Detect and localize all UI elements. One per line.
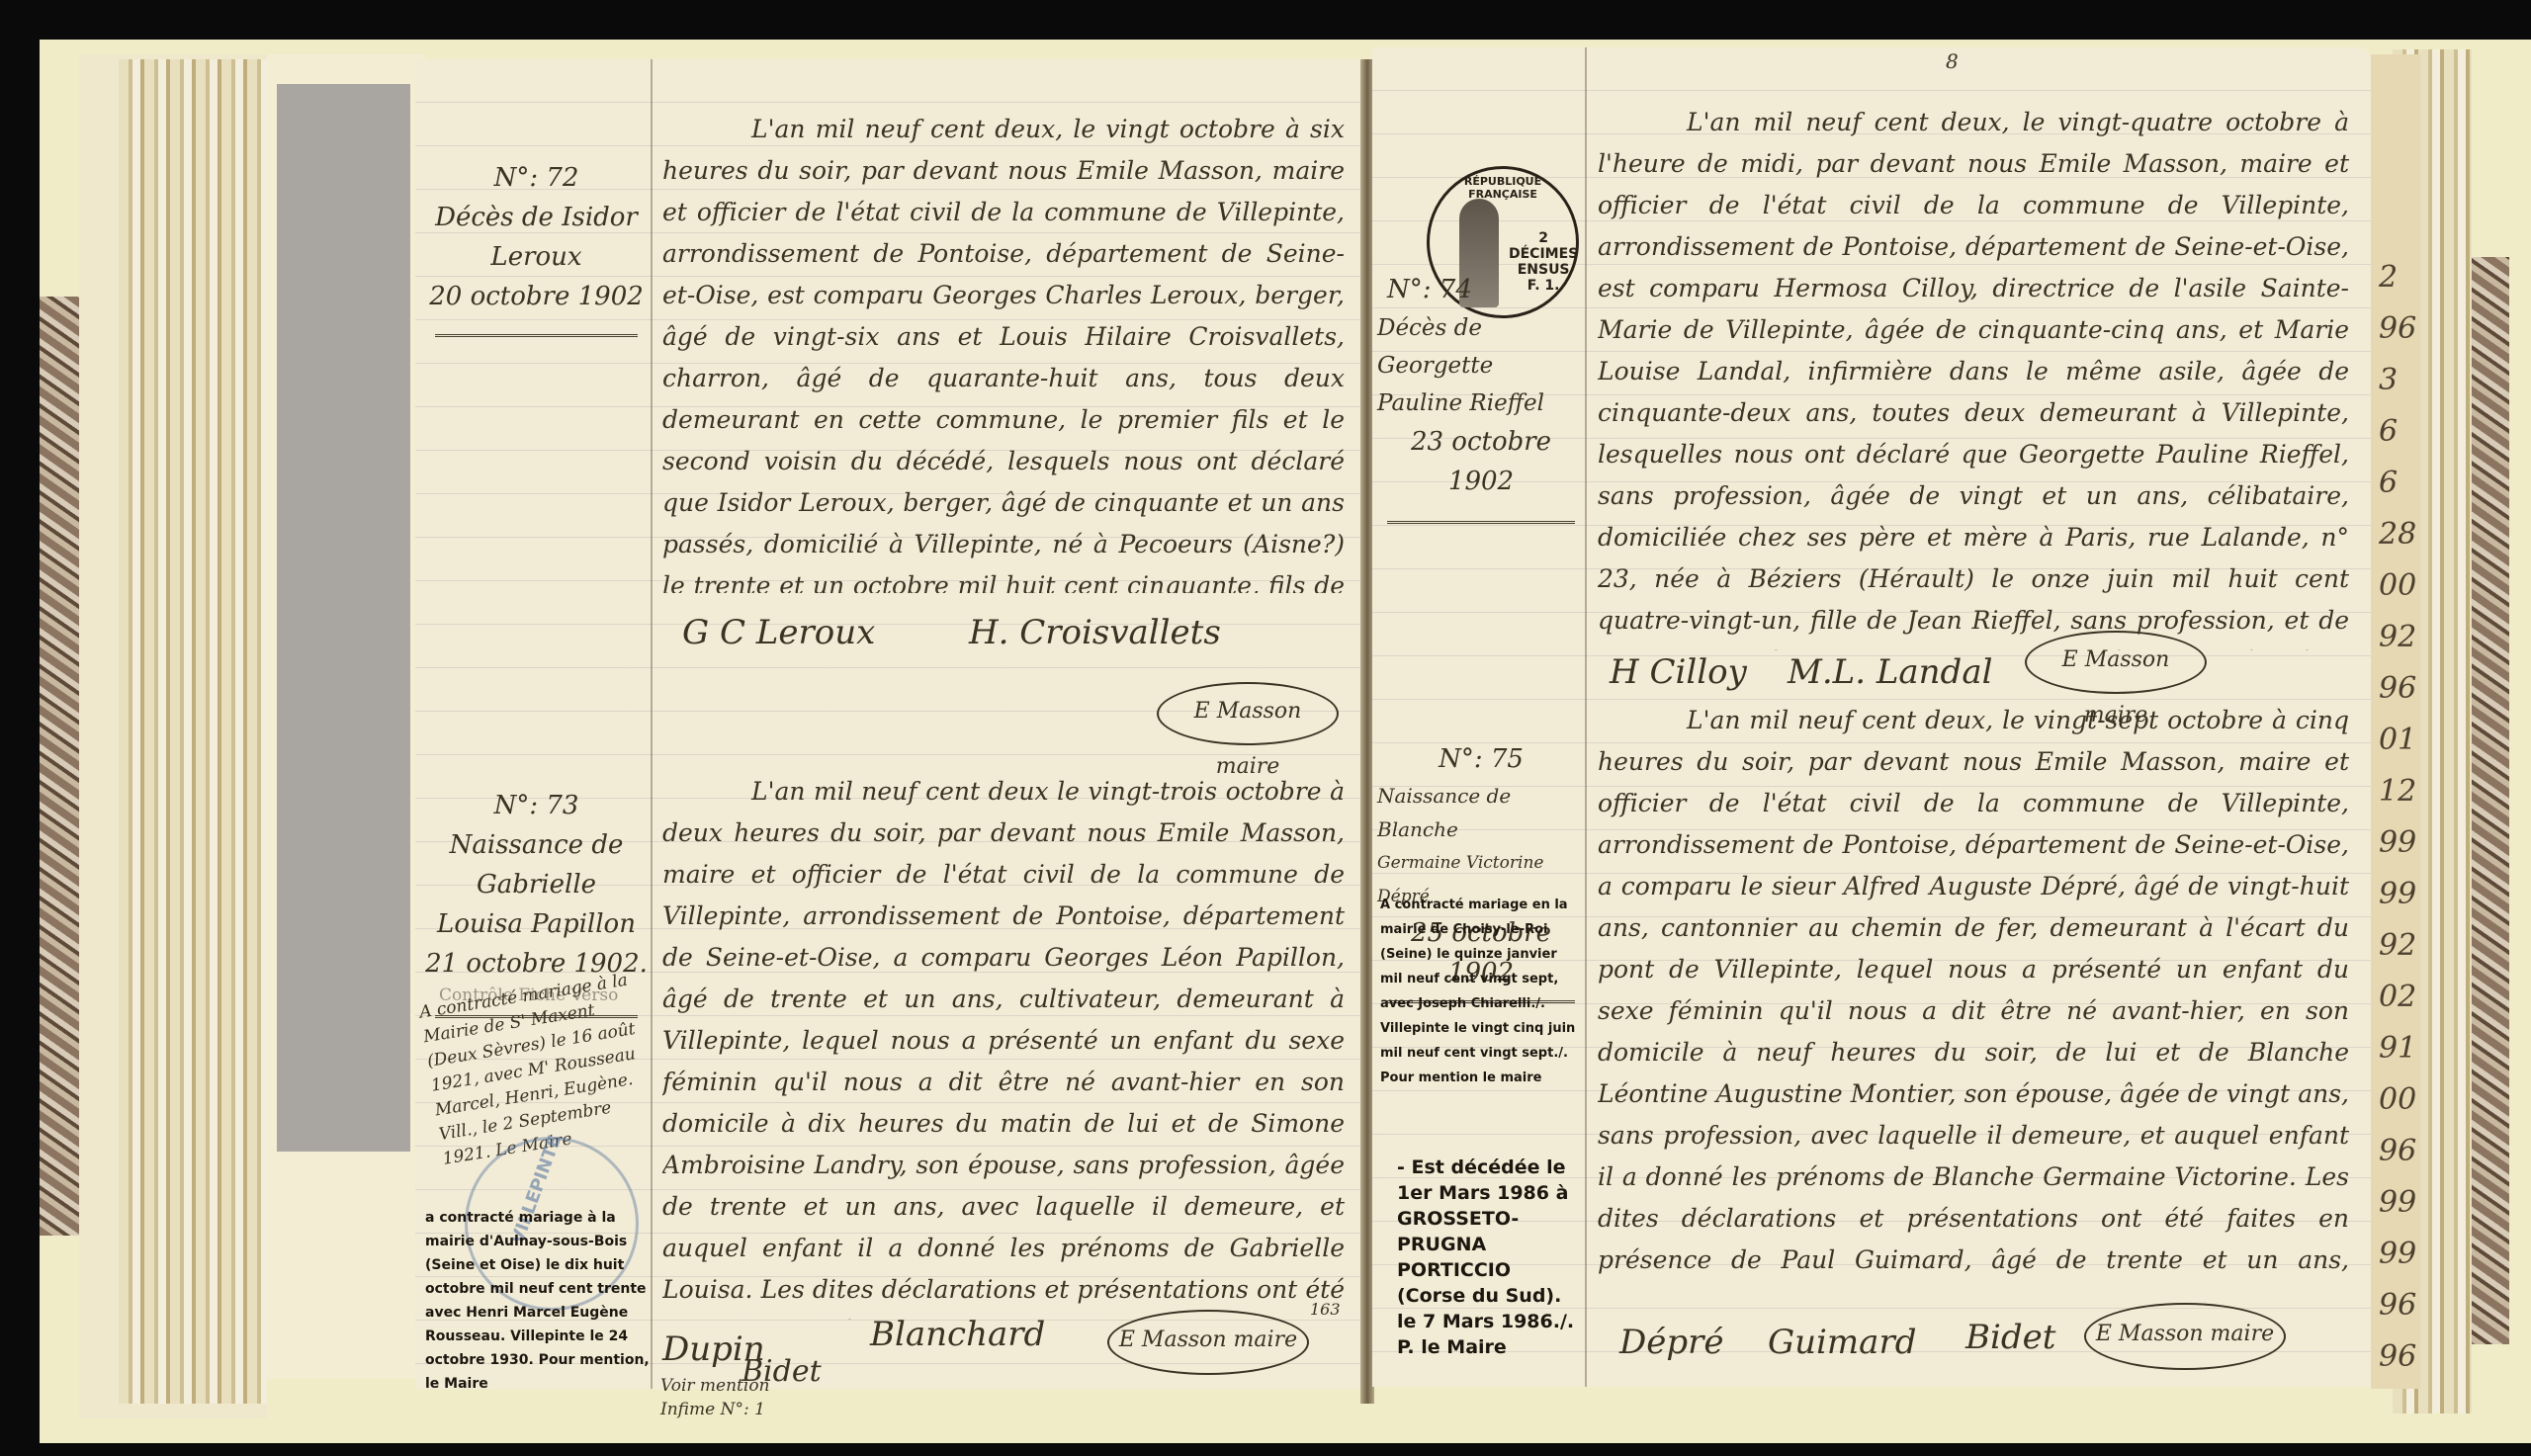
edge-number: 96 [2379, 1280, 2418, 1331]
margin-title-line: Pauline Rieffel [1377, 385, 1585, 422]
margin-title-line: 20 octobre 1902 [425, 277, 648, 316]
left-page-stack [119, 59, 267, 1404]
edge-number: 96 [2379, 1126, 2418, 1177]
edge-number: 00 [2379, 560, 2418, 612]
page-number: 163 [1310, 1300, 1341, 1319]
signature-leroux: G C Leroux [682, 613, 875, 652]
rule [435, 334, 638, 341]
edge-number: 00 [2379, 1074, 2418, 1126]
signature-landal: M.L. Landal [1788, 652, 1992, 692]
edge-number: 99 [2379, 817, 2418, 869]
right-page: 8 RÉPUBLIQUE FRANÇAISE 2 DÉCIMES ENSUS F… [1372, 47, 2371, 1387]
signature-bidet: Bidet [1965, 1318, 2055, 1357]
entry-number: N°: 73 [425, 786, 648, 825]
margin-title-line: 23 octobre 1902 [1377, 422, 1585, 501]
signature-depre: Dépré [1619, 1323, 1724, 1362]
mayor-signature-oval: E Masson maire [2084, 1303, 2286, 1370]
see-mention-note: Voir mention Infime N°: 1 [660, 1374, 799, 1421]
death-annotation-1986: - Est décédée le 1er Mars 1986 à GROSSET… [1397, 1155, 1580, 1360]
left-page: N°: 72 Décès de Isidor Leroux 20 octobre… [415, 59, 1364, 1389]
marbled-edge-left [40, 297, 79, 1236]
edge-number: 96 [2379, 303, 2418, 355]
entry-72-text: L'an mil neuf cent deux, le vingt octobr… [662, 109, 1345, 593]
edge-number: 02 [2379, 972, 2418, 1023]
signature-croisvallets: H. Croisvallets [969, 613, 1221, 652]
edge-number: 96 [2379, 1331, 2418, 1383]
mayor-signature-oval: E Masson maire [1157, 682, 1339, 745]
edge-number-column: 2 96 3 6 6 28 00 92 96 01 12 99 99 92 02… [2379, 252, 2418, 1383]
entry-72-margin: N°: 72 Décès de Isidor Leroux 20 octobre… [425, 158, 648, 341]
edge-number: 6 [2379, 458, 2418, 509]
edge-number: 12 [2379, 766, 2418, 817]
signature-guimard: Guimard [1768, 1323, 1916, 1362]
signature-blanchard: Blanchard [870, 1315, 1045, 1354]
edge-number: 99 [2379, 869, 2418, 920]
entry-74-text: L'an mil neuf cent deux, le vingt-quatre… [1598, 102, 2349, 650]
stamp-value-top: 2 DÉCIMES [1509, 230, 1578, 262]
margin-title-line: Décès de Isidor [425, 198, 648, 237]
entry-number: N°: 72 [425, 158, 648, 198]
marriage-annotation-1930: a contracté mariage à la mairie d'Aulnay… [425, 1206, 657, 1396]
entry-number: N°: 74 [1377, 270, 1585, 309]
edge-number: 99 [2379, 1229, 2418, 1280]
edge-number: 6 [2379, 406, 2418, 458]
signature-masson: E Masson maire [1109, 1312, 1307, 1369]
edge-number: 2 [2379, 252, 2418, 303]
mayor-signature-oval: E Masson maire [2025, 631, 2207, 694]
margin-rule [1585, 47, 1587, 1387]
entry-75-text: L'an mil neuf cent deux, le vingt-sept o… [1598, 700, 2349, 1283]
margin-title-line: Naissance de Blanche [1377, 779, 1585, 846]
entry-number: N°: 75 [1377, 739, 1585, 779]
margin-rule [651, 59, 653, 1389]
edge-number: 92 [2379, 920, 2418, 972]
mayor-signature-oval: E Masson maire [1107, 1310, 1309, 1375]
entry-73-text: L'an mil neuf cent deux le vingt-trois o… [662, 771, 1345, 1320]
margin-title-line: Naissance de Gabrielle [425, 825, 648, 904]
rule [1387, 521, 1575, 528]
edge-number: 91 [2379, 1023, 2418, 1074]
edge-number: 01 [2379, 715, 2418, 766]
edge-number: 92 [2379, 612, 2418, 663]
edge-number: 99 [2379, 1177, 2418, 1229]
edge-number: 28 [2379, 509, 2418, 560]
margin-title-line: Décès de Georgette [1377, 309, 1585, 385]
signature-masson: E Masson maire [2086, 1305, 2284, 1364]
edge-number: 96 [2379, 663, 2418, 715]
marriage-annotation-1927: A contracté mariage en la mairie de Choi… [1380, 893, 1583, 1090]
entry-74-margin: N°: 74 Décès de Georgette Pauline Rieffe… [1377, 270, 1585, 528]
tucked-leaf [267, 54, 425, 1379]
folio-mark: 8 [1946, 49, 1959, 73]
stamp-legend: RÉPUBLIQUE FRANÇAISE [1436, 175, 1570, 201]
signature-cilloy: H Cilloy [1610, 652, 1747, 692]
edge-number: 3 [2379, 355, 2418, 406]
margin-title-line: Louisa Papillon [425, 904, 648, 944]
next-page-edge: 2 96 3 6 6 28 00 92 96 01 12 99 99 92 02… [2371, 54, 2420, 1389]
gray-insert [277, 84, 410, 1152]
margin-title-line: Leroux [425, 237, 648, 277]
